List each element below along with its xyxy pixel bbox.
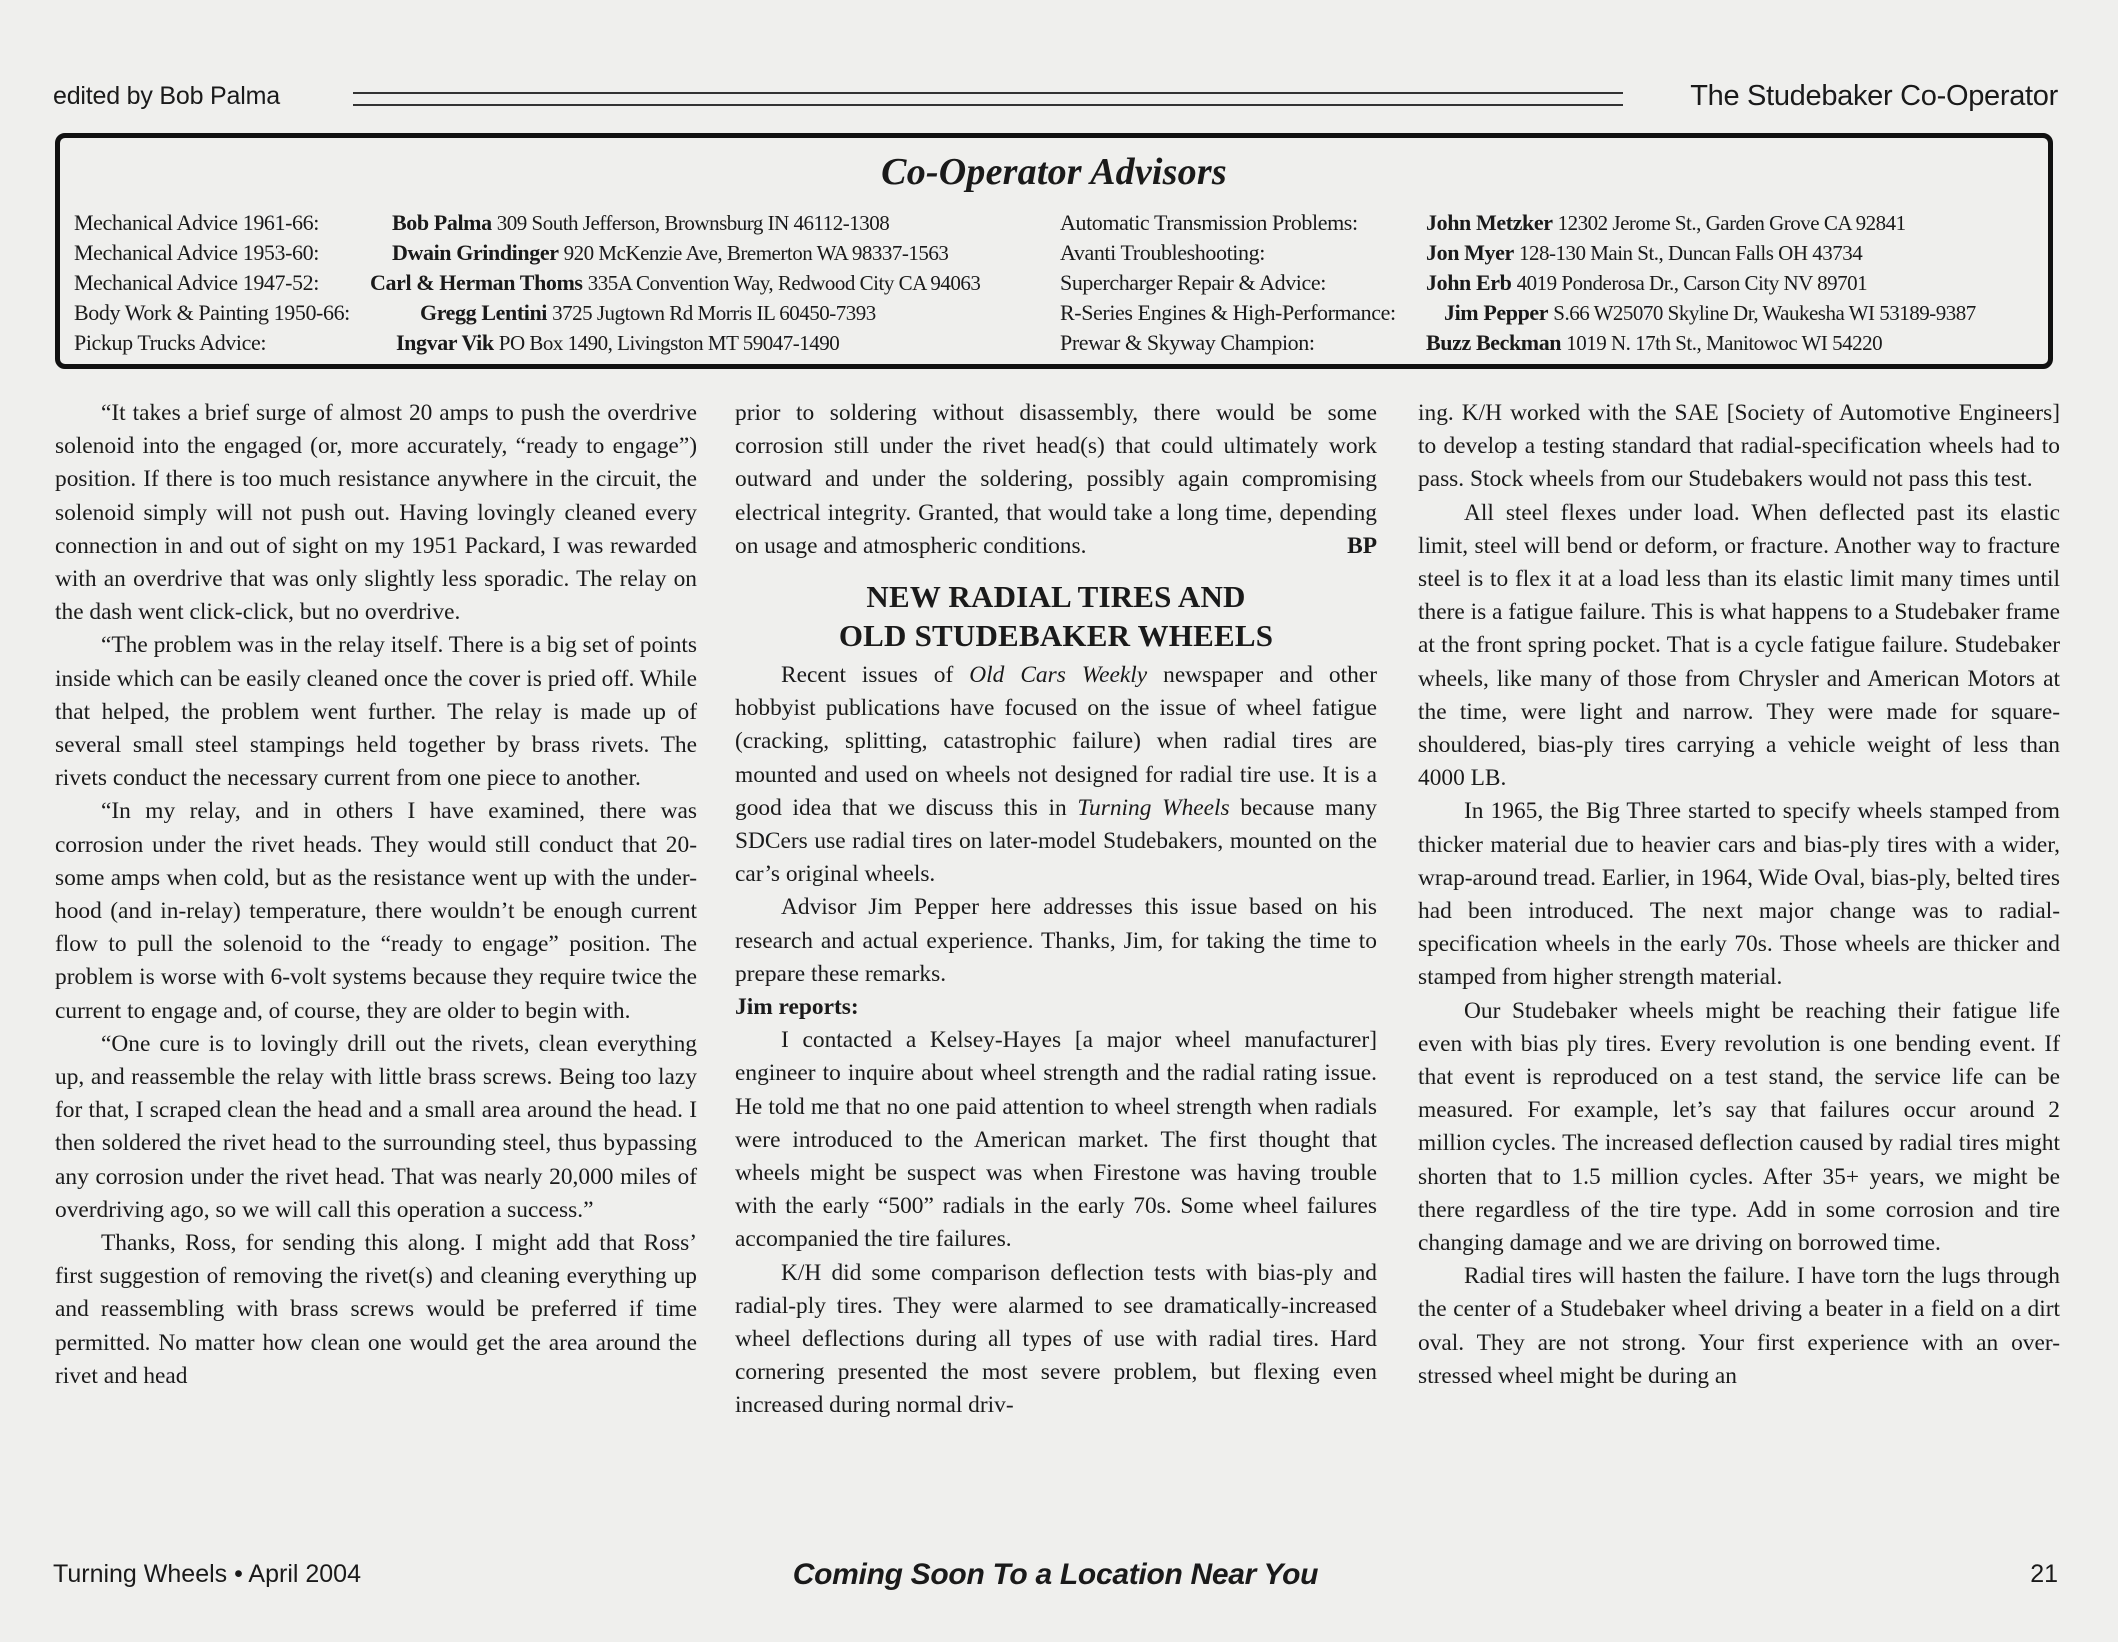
advisor-category: Automatic Transmission Problems:	[1060, 208, 1358, 238]
paragraph: “The problem was in the relay itself. Th…	[55, 629, 697, 795]
editor-credit: edited by Bob Palma	[53, 82, 280, 111]
advisor-category: Avanti Troubleshooting:	[1060, 238, 1265, 268]
page-number: 21	[2030, 1560, 2058, 1589]
paragraph: K/H did some comparison deflection tests…	[735, 1257, 1377, 1423]
paragraph: Recent issues of Old Cars Weekly newspap…	[735, 659, 1377, 891]
advisor-address: 128-130 Main St., Duncan Falls OH 43734	[1519, 241, 1862, 265]
paragraph-text: Recent issues of	[781, 662, 969, 688]
headline-line-2: OLD STUDEBAKER WHEELS	[735, 616, 1377, 655]
advisor-address: 4019 Ponderosa Dr., Carson City NV 89701	[1517, 271, 1868, 295]
paragraph: All steel flexes under load. When deflec…	[1418, 497, 2060, 796]
advisor-category: Mechanical Advice 1953-60:	[74, 238, 319, 268]
paragraph: Radial tires will hasten the failure. I …	[1418, 1260, 2060, 1393]
advisor-address: 920 McKenzie Ave, Bremerton WA 98337-156…	[564, 241, 949, 265]
advisors-title: Co-Operator Advisors	[60, 150, 2048, 194]
paragraph: I contacted a Kelsey-Hayes [a major whee…	[735, 1024, 1377, 1256]
running-header: edited by Bob Palma The Studebaker Co-Op…	[53, 78, 2058, 122]
article-column-3: ing. K/H worked with the SAE [Society of…	[1418, 397, 2060, 1393]
advisor-address: 12302 Jerome St., Garden Grove CA 92841	[1558, 211, 1906, 235]
advisor-category: Mechanical Advice 1961-66:	[74, 208, 319, 238]
advisor-category: R-Series Engines & High-Performance:	[1060, 298, 1396, 328]
publication-title: Turning Wheels	[1077, 795, 1229, 821]
advisor-address: PO Box 1490, Livingston MT 59047-1490	[499, 331, 839, 355]
paragraph: Thanks, Ross, for sending this along. I …	[55, 1227, 697, 1393]
paragraph: Advisor Jim Pepper here addresses this i…	[735, 891, 1377, 991]
advisor-name: Bob Palma	[392, 210, 492, 235]
page-footer: Turning Wheels • April 2004 Coming Soon …	[53, 1558, 2058, 1598]
article-column-2: prior to soldering without disassembly, …	[735, 397, 1377, 1423]
advisor-address: 335A Convention Way, Redwood City CA 940…	[588, 271, 981, 295]
advisor-name: John Erb	[1426, 270, 1511, 295]
advisor-name: Gregg Lentini	[420, 300, 547, 325]
article-column-1: “It takes a brief surge of almost 20 amp…	[55, 397, 697, 1393]
paragraph: In 1965, the Big Three started to specif…	[1418, 795, 2060, 994]
advisor-address: S.66 W25070 Skyline Dr, Waukesha WI 5318…	[1553, 301, 1975, 325]
advisor-category: Mechanical Advice 1947-52:	[74, 268, 319, 298]
magazine-page: edited by Bob Palma The Studebaker Co-Op…	[0, 0, 2118, 1642]
author-signature: BP	[1347, 530, 1377, 563]
footer-tagline: Coming Soon To a Location Near You	[53, 1558, 2058, 1592]
advisor-category: Prewar & Skyway Champion:	[1060, 328, 1315, 358]
paragraph: “One cure is to lovingly drill out the r…	[55, 1028, 697, 1227]
advisor-name: Jon Myer	[1426, 240, 1514, 265]
advisor-name: Buzz Beckman	[1426, 330, 1561, 355]
advisor-category: Body Work & Painting 1950-66:	[74, 298, 350, 328]
advisor-name: Carl & Herman Thoms	[370, 270, 583, 295]
paragraph: ing. K/H worked with the SAE [Society of…	[1418, 397, 2060, 497]
header-double-rule	[353, 92, 1623, 106]
paragraph: prior to soldering without disassembly, …	[735, 397, 1377, 563]
advisor-category: Supercharger Repair & Advice:	[1060, 268, 1326, 298]
headline-line-1: NEW RADIAL TIRES AND	[735, 577, 1377, 616]
article-headline: NEW RADIAL TIRES AND OLD STUDEBAKER WHEE…	[735, 577, 1377, 655]
column-title: The Studebaker Co-Operator	[1690, 80, 2058, 113]
advisor-address: 309 South Jefferson, Brownsburg IN 46112…	[497, 211, 889, 235]
advisor-name: Ingvar Vik	[396, 330, 494, 355]
advisor-address: 1019 N. 17th St., Manitowoc WI 54220	[1566, 331, 1882, 355]
advisor-address: 3725 Jugtown Rd Morris IL 60450-7393	[552, 301, 876, 325]
advisor-name: Jim Pepper	[1444, 300, 1548, 325]
advisor-name: John Metzker	[1426, 210, 1553, 235]
paragraph: “It takes a brief surge of almost 20 amp…	[55, 397, 697, 629]
paragraph: “In my relay, and in others I have exami…	[55, 795, 697, 1027]
subheading: Jim reports:	[735, 991, 1377, 1024]
paragraph: Our Studebaker wheels might be reaching …	[1418, 995, 2060, 1261]
publication-title: Old Cars Weekly	[969, 662, 1147, 688]
advisor-category: Pickup Trucks Advice:	[74, 328, 266, 358]
advisor-name: Dwain Grindinger	[392, 240, 559, 265]
advisors-box: Co-Operator Advisors Mechanical Advice 1…	[55, 133, 2053, 369]
paragraph-text: prior to soldering without disassembly, …	[735, 400, 1377, 559]
